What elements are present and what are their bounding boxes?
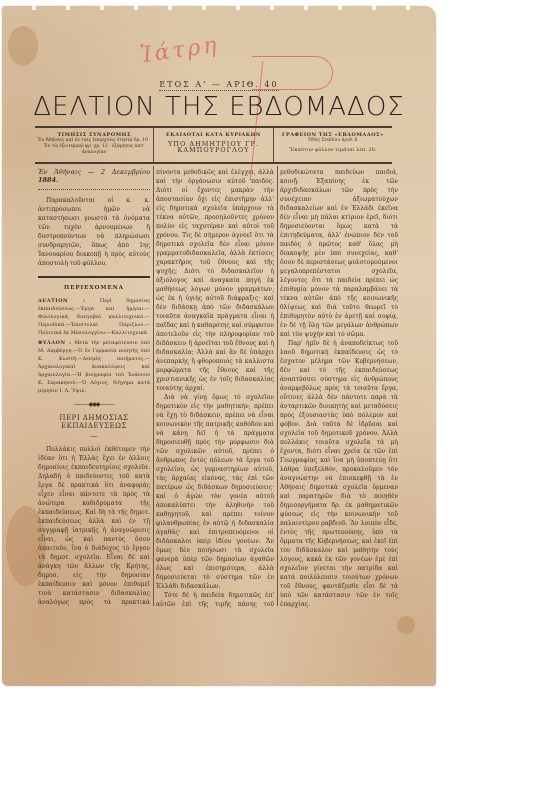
article-paragraph: Τότε δὲ ἡ παιδεία δημοτικῶς ἐπ' αὐτῶν ἐπ… — [156, 591, 274, 608]
article-paragraph: Διὰ νὰ γίνῃ ὅμως τὸ σχολεῖον δημοτικὸν ε… — [156, 393, 274, 591]
masthead-info-box: ΤΙΜΗΣΙΣ ΣΥΝΔΡΟΜΗΣ Ἐν Ἀθήναις καὶ ἐν ταῖς… — [35, 126, 392, 164]
column-rule — [277, 166, 278, 606]
article-paragraph: μεθοδικώτατα παιδεύων παιδιά, κοινῇ. Ἐξα… — [280, 168, 398, 339]
issue-number: ΕΤΟΣ Α' — ΑΡΙΘ. 40 — [2, 80, 436, 89]
newspaper-page: Ἰάτρη ΕΤΟΣ Α' — ΑΡΙΘ. 40 ΔΕΛΤΙΟΝ ΤΗΣ ΕΒΔ… — [2, 6, 436, 686]
column-1: Ἐν Ἀθήναις — 2 Δεκεμβρίου 1884. Παρακαλο… — [38, 168, 150, 608]
newspaper-title: ΔΕΛΤΙΟΝ ΤΗΣ ΕΒΔΟΜΑΔΟΣ — [2, 92, 436, 122]
article-title: ΠΕΡΙ ΔΗΜΟΣΙΑΣ ΕΚΠΑΙΔΕΥΣΕΩΣ — [38, 414, 150, 431]
publisher-info: ΕΚΔΙΔΟΤΑΙ ΚΑΤΑ ΚΥΡΙΑΚΗΝ ΥΠΟ ΔΗΜΗΤΡΙΟΥ ΓΡ… — [154, 128, 273, 162]
contents-entry: ΔΕΛΤΙΟΝ : Περὶ δημοσίας ἐκπαιδεύσεως.—Ἐρ… — [38, 297, 150, 337]
article-paragraph: Πολλάκις πολλοὶ ἐκθέτομεν τὴν ἰδέαν ὅτι … — [38, 445, 150, 608]
age-stain — [8, 26, 38, 66]
column-rule — [153, 166, 154, 606]
column-3: μεθοδικώτατα παιδεύων παιδιά, κοινῇ. Ἐξα… — [280, 168, 398, 608]
age-stain — [397, 616, 415, 634]
ornament-divider: ———◆◆◆——— — [38, 401, 150, 409]
office-info: ΓΡΑΦΕΙΟΝ ΤΗΣ «ΕΒΔΟΜΑΔΟΣ» Ὁδὸς Σταδίου ἀρ… — [274, 128, 392, 162]
article-paragraph: πίνοντα μεθοδικῶς καὶ ἐλέγχει, ἀλλὰ καὶ … — [156, 168, 274, 393]
contents-heading: ΠΕΡΙΕΧΟΜΕΝΑ — [38, 284, 150, 292]
subscriber-notice: Παρακαλοῦνται οἱ κ. κ. ἀντιπρόσωποι ἡμῶν… — [38, 196, 150, 268]
dotted-divider — [38, 189, 150, 190]
handwritten-note: Ἰάτρη — [139, 33, 221, 69]
column-2: πίνοντα μεθοδικῶς καὶ ἐλέγχει, ἀλλὰ καὶ … — [156, 168, 274, 608]
torn-edge — [2, 4, 436, 10]
article-paragraph: Παρ' ἡμῖν δὲ ἡ ἀναποδείκτως τοῦ λαοῦ δημ… — [280, 339, 398, 608]
date-line: Ἐν Ἀθήναις — 2 Δεκεμβρίου 1884. — [38, 168, 150, 185]
subscription-info: ΤΙΜΗΣΙΣ ΣΥΝΔΡΟΜΗΣ Ἐν Ἀθήναις καὶ ἐν ταῖς… — [35, 128, 154, 162]
divider — [38, 276, 150, 278]
contents-entry: ΦΥΛΛΟΝ : Μετὰ τὴν μεταφύτευσιν ὑπὸ Μ. Δα… — [38, 339, 150, 395]
